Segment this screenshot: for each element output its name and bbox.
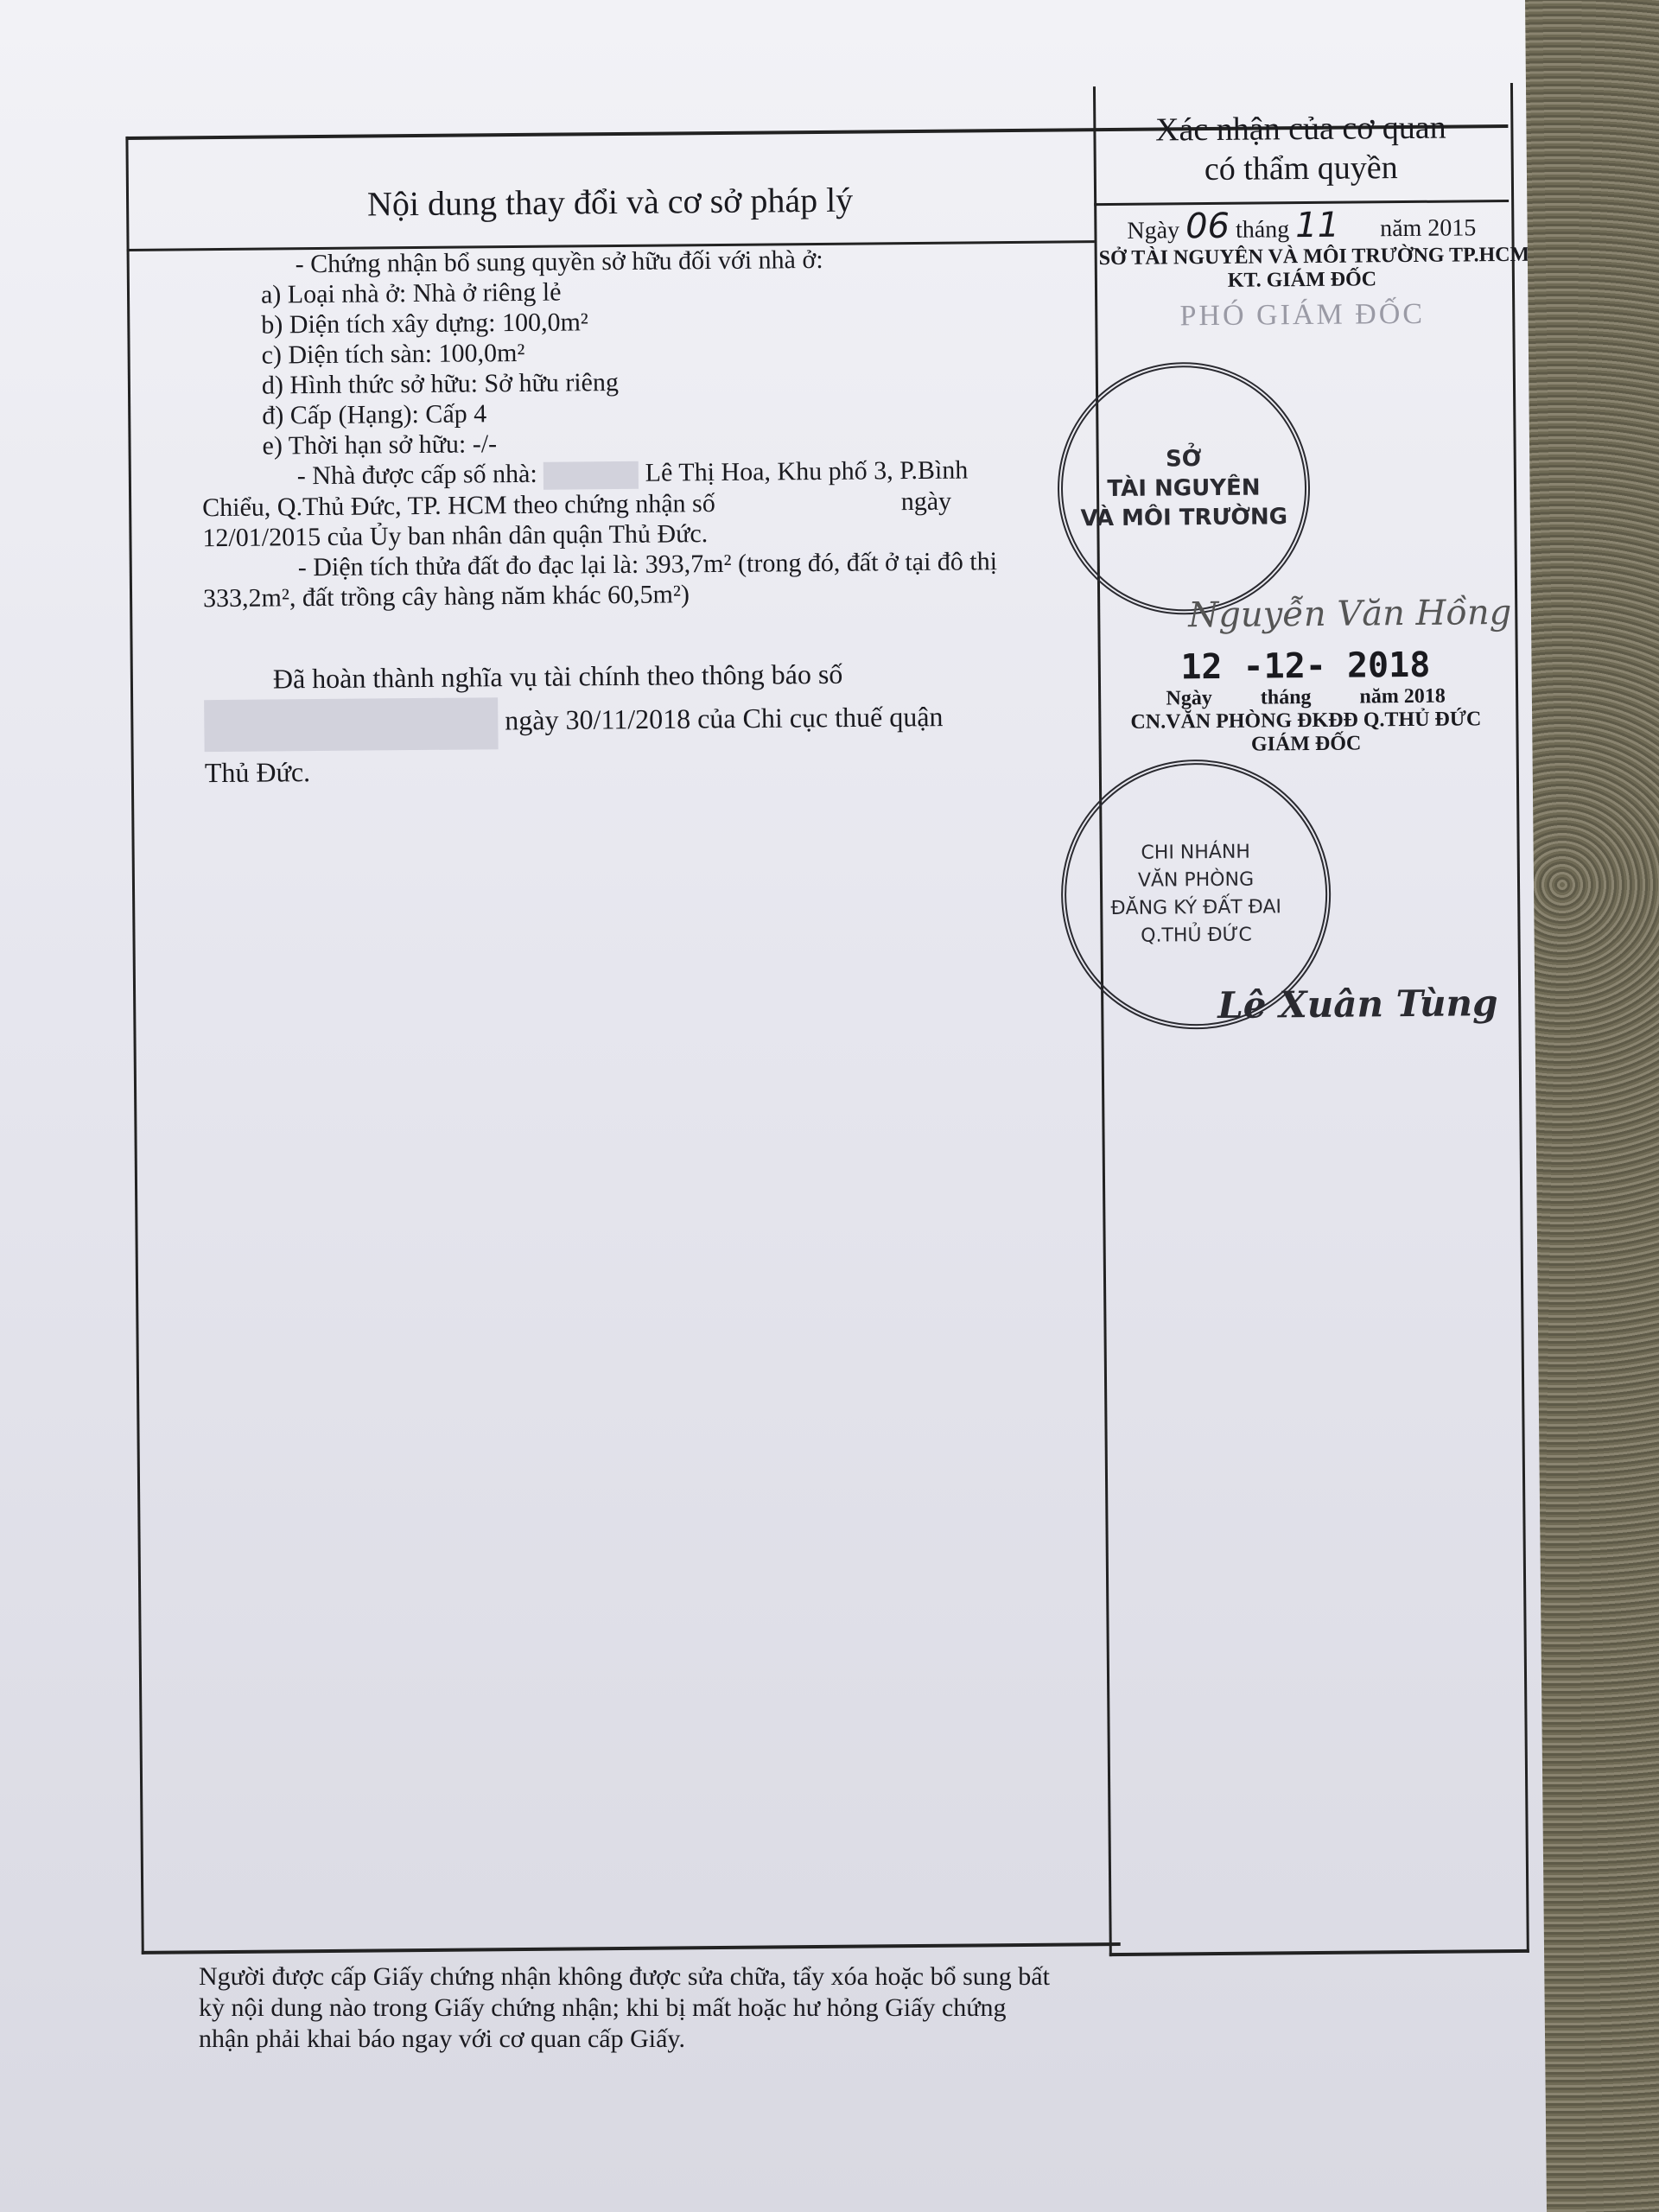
address-date-label: ngày bbox=[901, 487, 952, 517]
role-2015: KT. GIÁM ĐỐC bbox=[1099, 267, 1505, 294]
confirmation-2015-date: Ngày 06 tháng 11 năm 2015 bbox=[1098, 204, 1504, 247]
month-label: tháng bbox=[1261, 686, 1312, 709]
finance-line-2: ngày 30/11/2018 của Chi cục thuế quận bbox=[204, 691, 1206, 752]
signature-2015: Nguyễn Văn Hồng bbox=[1188, 593, 1511, 635]
seal-inner-text: SỞ TÀI NGUYÊN VÀ MÔI TRƯỜNG bbox=[1080, 443, 1287, 533]
certificate-page: Nội dung thay đổi và cơ sở pháp lý Xác n… bbox=[0, 0, 1547, 2212]
seal-dept-natural-resources: SỞ TÀI NGUYÊN VÀ MÔI TRƯỜNG bbox=[1057, 361, 1312, 616]
address-certificate-ref: Chiểu, Q.Thủ Đức, TP. HCM theo chứng nhậ… bbox=[202, 489, 715, 522]
seal-line: Q.THỦ ĐỨC bbox=[1111, 921, 1282, 950]
seal-line: TÀI NGUYÊN bbox=[1080, 473, 1287, 504]
confirmation-2015: Ngày 06 tháng 11 năm 2015 SỞ TÀI NGUYÊN … bbox=[1098, 204, 1505, 334]
redacted-house-number bbox=[543, 461, 639, 490]
seal-inner-text: CHI NHÁNH VĂN PHÒNG ĐĂNG KÝ ĐẤT ĐAI Q.TH… bbox=[1110, 838, 1282, 950]
seal-line: CHI NHÁNH bbox=[1110, 838, 1281, 868]
day-label: Ngày bbox=[1127, 217, 1179, 245]
seal-line: SỞ bbox=[1080, 443, 1287, 474]
role-2018: GIÁM ĐỐC bbox=[1103, 731, 1510, 758]
seal-line: ĐĂNG KÝ ĐẤT ĐAI bbox=[1110, 893, 1281, 923]
warning-note: Người được cấp Giấy chứng nhận không đượ… bbox=[199, 1961, 1063, 2055]
signature-2018: Lê Xuân Tùng bbox=[1217, 982, 1498, 1027]
changes-column-header: Nội dung thay đổi và cơ sở pháp lý bbox=[122, 177, 1098, 226]
seal-line: VÀ MÔI TRƯỜNG bbox=[1080, 502, 1287, 533]
redacted-certificate-number bbox=[721, 510, 894, 512]
month-value: 11 bbox=[1295, 206, 1339, 245]
redacted-notice-number bbox=[204, 697, 499, 752]
confirmation-header-line2: có thẩm quyền bbox=[1094, 147, 1509, 190]
day-label: Ngày bbox=[1166, 687, 1212, 709]
confirmation-column-header: Xác nhận của cơ quan có thẩm quyền bbox=[1093, 107, 1509, 190]
address-prefix: - Nhà được cấp số nhà: bbox=[297, 460, 537, 490]
year-text: năm 2018 bbox=[1359, 685, 1446, 709]
agency-name-2018: CN.VĂN PHÒNG ĐKĐĐ Q.THỦ ĐỨC bbox=[1103, 708, 1509, 734]
day-value: 06 bbox=[1185, 207, 1230, 246]
address-street: Lê Thị Hoa, Khu phố 3, P.Bình bbox=[645, 455, 969, 486]
certificate-table: Nội dung thay đổi và cơ sở pháp lý Xác n… bbox=[121, 83, 1529, 1961]
confirmation-header-line1: Xác nhận của cơ quan bbox=[1093, 107, 1508, 150]
finance-notice-date: ngày 30/11/2018 của Chi cục thuế quận bbox=[505, 701, 943, 735]
confirmation-2018: 12 -12- 2018 Ngày tháng năm 2018 CN.VĂN … bbox=[1103, 645, 1510, 758]
year-text: năm 2015 bbox=[1380, 214, 1476, 242]
seal-line: VĂN PHÒNG bbox=[1110, 866, 1281, 895]
date-stamp-2018: 12 -12- 2018 bbox=[1103, 645, 1509, 688]
agency-name-2015: SỞ TÀI NGUYÊN VÀ MÔI TRƯỜNG TP.HCM bbox=[1099, 244, 1505, 270]
deputy-director-stamp: PHÓ GIÁM ĐỐC bbox=[1099, 297, 1505, 334]
confirmation-2018-date: Ngày tháng năm 2018 bbox=[1103, 684, 1509, 711]
month-label: tháng bbox=[1236, 216, 1289, 244]
finance-line-3: Thủ Đức. bbox=[205, 743, 1207, 793]
